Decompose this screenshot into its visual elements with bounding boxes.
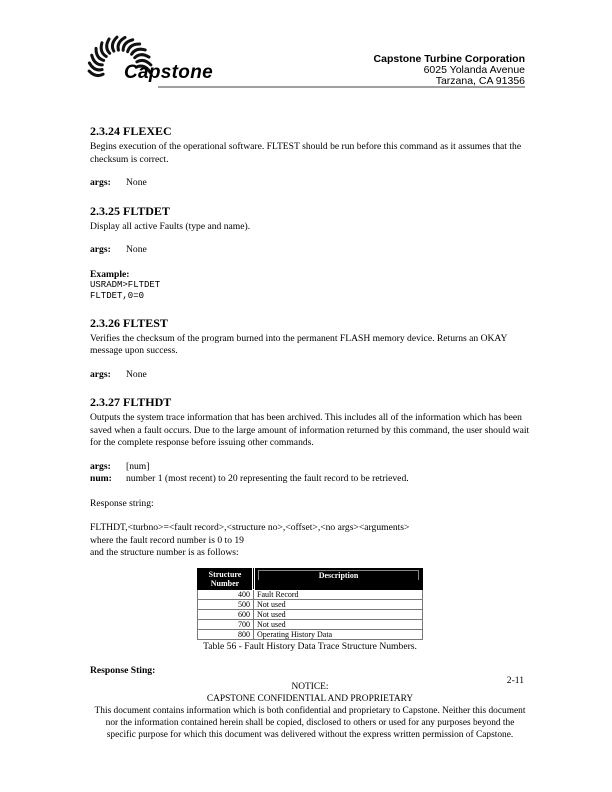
section-description: Display all active Faults (type and name… <box>90 221 530 234</box>
document-body: 2.3.24 FLEXEC Begins execution of the op… <box>90 124 530 692</box>
description-cell: Not used <box>254 619 423 629</box>
notice-heading: NOTICE: <box>90 681 530 693</box>
structure-number-cell: 800 <box>198 629 254 639</box>
example-label: Example: <box>90 269 530 280</box>
args-value: None <box>126 244 147 257</box>
description-cell: Operating History Data <box>254 629 423 639</box>
description-cell: Not used <box>254 599 423 609</box>
section-heading: 2.3.27 FLTHDT <box>90 395 530 409</box>
description-cell: Fault Record <box>254 589 423 599</box>
section-description: Begins execution of the operational soft… <box>90 141 530 166</box>
response-note: where the fault record number is 0 to 19 <box>90 535 530 548</box>
logo-text: Capstone <box>124 62 213 84</box>
description-cell: Not used <box>254 609 423 619</box>
args-row: args: [num] <box>90 461 530 474</box>
args-label: args: <box>90 369 126 382</box>
table-row: 700Not used <box>198 619 423 629</box>
section-fltdet: 2.3.25 FLTDET Display all active Faults … <box>90 204 530 302</box>
column-header-structure-number: Structure Number <box>198 568 254 589</box>
example-line: USRADM>FLTDET <box>90 280 530 291</box>
section-heading: 2.3.26 FLTEST <box>90 316 530 330</box>
response-format: FLTHDT,<turbno>=<fault record>,<structur… <box>90 522 530 535</box>
confidentiality-notice: NOTICE: CAPSTONE CONFIDENTIAL AND PROPRI… <box>90 681 530 741</box>
section-flthdt: 2.3.27 FLTHDT Outputs the system trace i… <box>90 395 530 678</box>
company-address-block: Capstone Turbine Corporation 6025 Yoland… <box>374 54 525 87</box>
table-row: 800Operating History Data <box>198 629 423 639</box>
args-row: args: None <box>90 244 530 257</box>
section-flexec: 2.3.24 FLEXEC Begins execution of the op… <box>90 124 530 190</box>
args-value: None <box>126 369 147 382</box>
column-header-description: Description <box>254 568 423 589</box>
section-heading: 2.3.25 FLTDET <box>90 204 530 218</box>
table-row: 600Not used <box>198 609 423 619</box>
table-row: 500Not used <box>198 599 423 609</box>
section-fltest: 2.3.26 FLTEST Verifies the checksum of t… <box>90 316 530 382</box>
args-label: args: <box>90 177 126 190</box>
table-caption: Table 56 - Fault History Data Trace Stru… <box>90 641 530 654</box>
args-row: args: None <box>90 177 530 190</box>
structure-number-cell: 500 <box>198 599 254 609</box>
section-description: Outputs the system trace information tha… <box>90 412 530 450</box>
num-label: num: <box>90 473 126 486</box>
structure-number-cell: 700 <box>198 619 254 629</box>
args-label: args: <box>90 244 126 257</box>
num-value: number 1 (most recent) to 20 representin… <box>126 473 409 486</box>
num-row: num: number 1 (most recent) to 20 repres… <box>90 473 530 486</box>
confidential-heading: CAPSTONE CONFIDENTIAL AND PROPRIETARY <box>90 693 530 705</box>
args-value: None <box>126 177 147 190</box>
args-row: args: None <box>90 369 530 382</box>
structure-number-cell: 600 <box>198 609 254 619</box>
response-note: and the structure number is as follows: <box>90 547 530 560</box>
disclaimer-text: This document contains information which… <box>90 705 530 741</box>
response-sting-label: Response Sting: <box>90 665 530 678</box>
section-heading: 2.3.24 FLEXEC <box>90 124 530 138</box>
table-row: 400Fault Record <box>198 589 423 599</box>
args-label: args: <box>90 461 126 474</box>
example-line: FLTDET,0=0 <box>90 291 530 302</box>
structure-number-cell: 400 <box>198 589 254 599</box>
args-value: [num] <box>126 461 149 474</box>
structure-number-table: Structure Number Description 400Fault Re… <box>197 568 423 640</box>
address-line-2: Tarzana, CA 91356 <box>374 76 525 87</box>
response-intro: Response string: <box>90 498 530 511</box>
section-description: Verifies the checksum of the program bur… <box>90 333 530 358</box>
